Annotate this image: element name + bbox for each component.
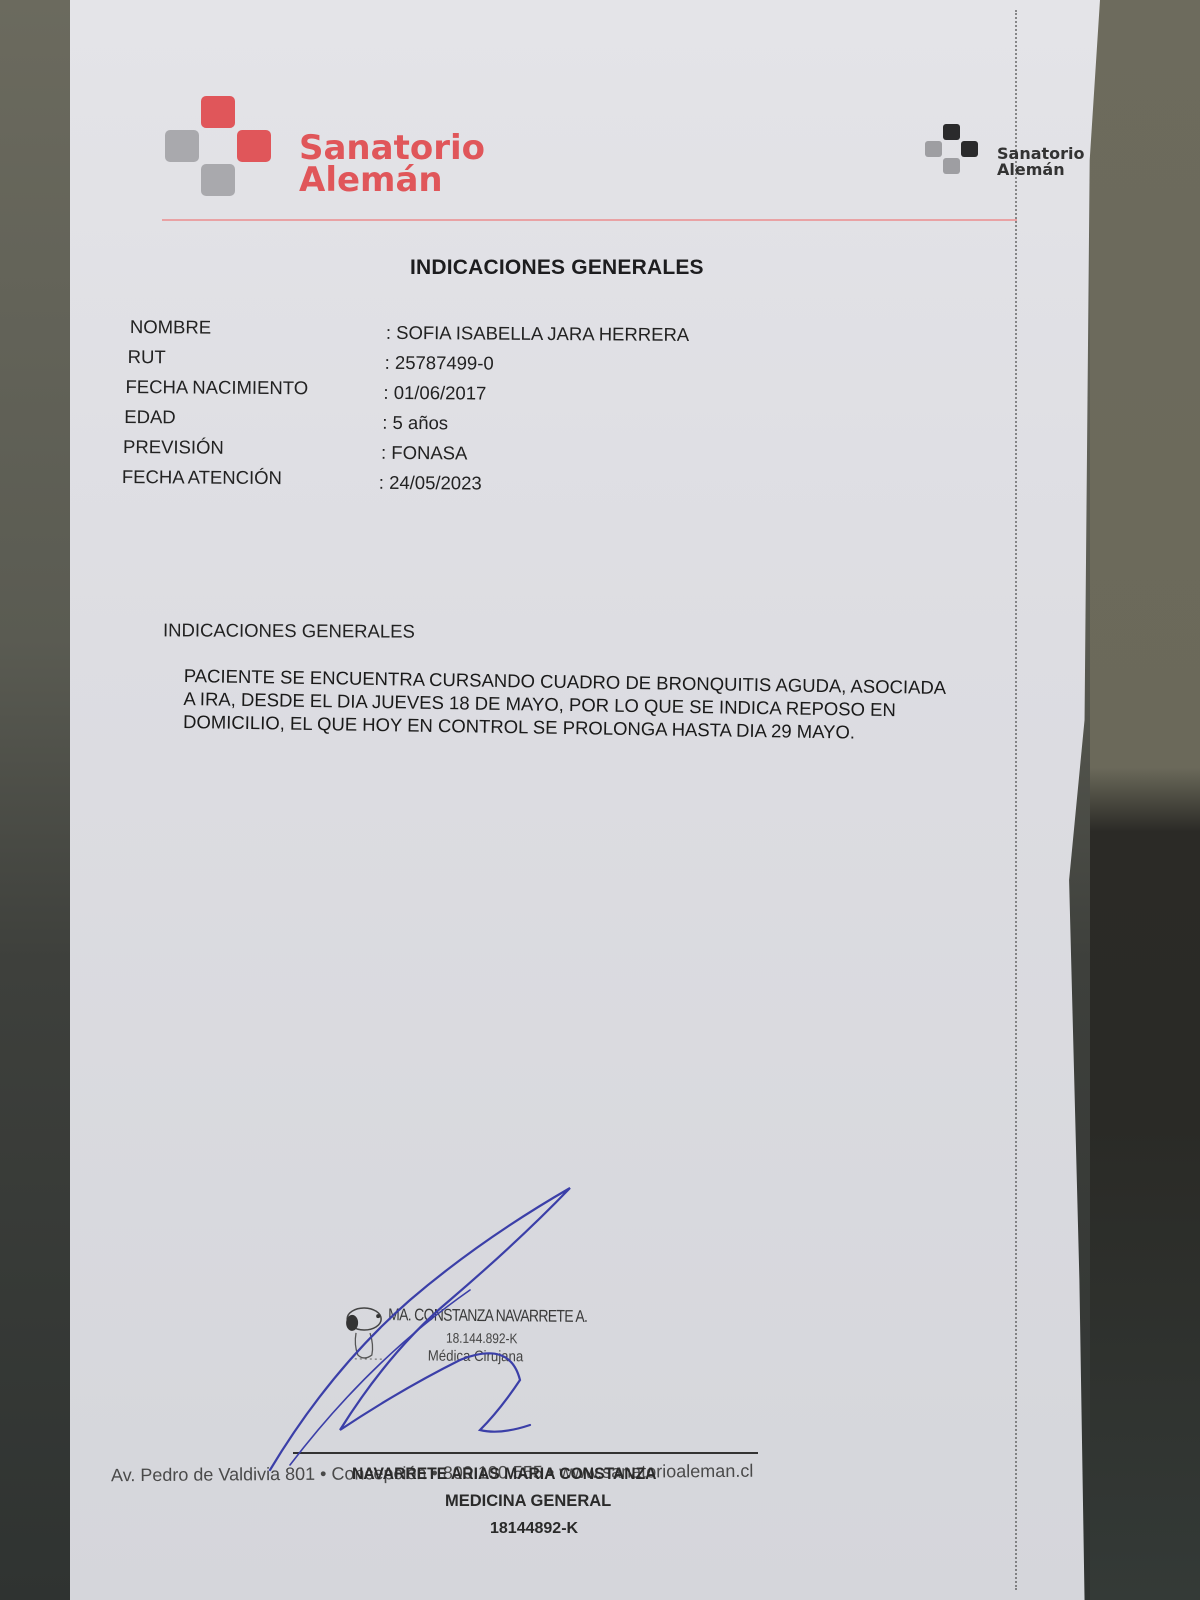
doctor-name: NAVARRETE ARIAS MARIA CONSTANZA [352, 1465, 657, 1484]
perforation-line [1015, 10, 1017, 1590]
small-logo-square-top [943, 124, 960, 140]
stamp-name: MA. CONSTANZA NAVARRETE A. [388, 1305, 587, 1327]
logo-square-bottom [201, 164, 235, 196]
stamp-rut: 18.144.892-K [446, 1330, 518, 1347]
field-value: : SOFIA ISABELLA JARA HERRERA [386, 322, 689, 346]
field-label: FECHA ATENCIÓN [122, 466, 282, 489]
doctor-specialty: MEDICINA GENERAL [445, 1492, 611, 1511]
document-title: INDICACIONES GENERALES [410, 256, 704, 280]
stamp-role: Médica Cirujana [428, 1348, 524, 1366]
logo-line-2: Alemán [299, 164, 485, 196]
logo-square-top [201, 96, 235, 128]
field-label: EDAD [124, 406, 176, 428]
logo-square-right [237, 130, 271, 162]
section-heading: INDICACIONES GENERALES [163, 619, 415, 642]
logo-wordmark: Sanatorio Alemán [299, 132, 485, 196]
doctor-stamp: MA. CONSTANZA NAVARRETE A. 18.144.892-K … [342, 1301, 623, 1373]
background-surface [1090, 0, 1200, 1600]
field-label: RUT [128, 346, 166, 368]
header-divider [162, 219, 1017, 221]
field-label: PREVISIÓN [123, 436, 224, 459]
small-logo-wordmark: Sanatorio Alemán [997, 146, 1085, 178]
field-label: NOMBRE [130, 316, 211, 339]
field-value: : 5 años [382, 412, 448, 434]
sanatorio-aleman-logo: Sanatorio Alemán [165, 96, 495, 201]
field-value: : FONASA [381, 442, 468, 465]
field-value: : 24/05/2023 [379, 472, 482, 495]
indications-text: PACIENTE SE ENCUENTRA CURSANDO CUADRO DE… [183, 664, 1054, 747]
small-logo-line-2: Alemán [997, 162, 1085, 178]
small-logo-square-bottom [943, 158, 960, 174]
snoopy-icon [342, 1305, 389, 1365]
field-value: : 25787499-0 [385, 352, 494, 375]
small-logo-square-right [961, 141, 978, 157]
field-value: : 01/06/2017 [383, 382, 486, 405]
doctor-rut: 18144892-K [490, 1520, 578, 1538]
small-logo-square-left [925, 141, 942, 157]
field-label: FECHA NACIMIENTO [125, 376, 308, 399]
signature-line [293, 1452, 758, 1454]
logo-square-left [165, 130, 199, 162]
sanatorio-aleman-small-logo: Sanatorio Alemán [925, 124, 1095, 184]
